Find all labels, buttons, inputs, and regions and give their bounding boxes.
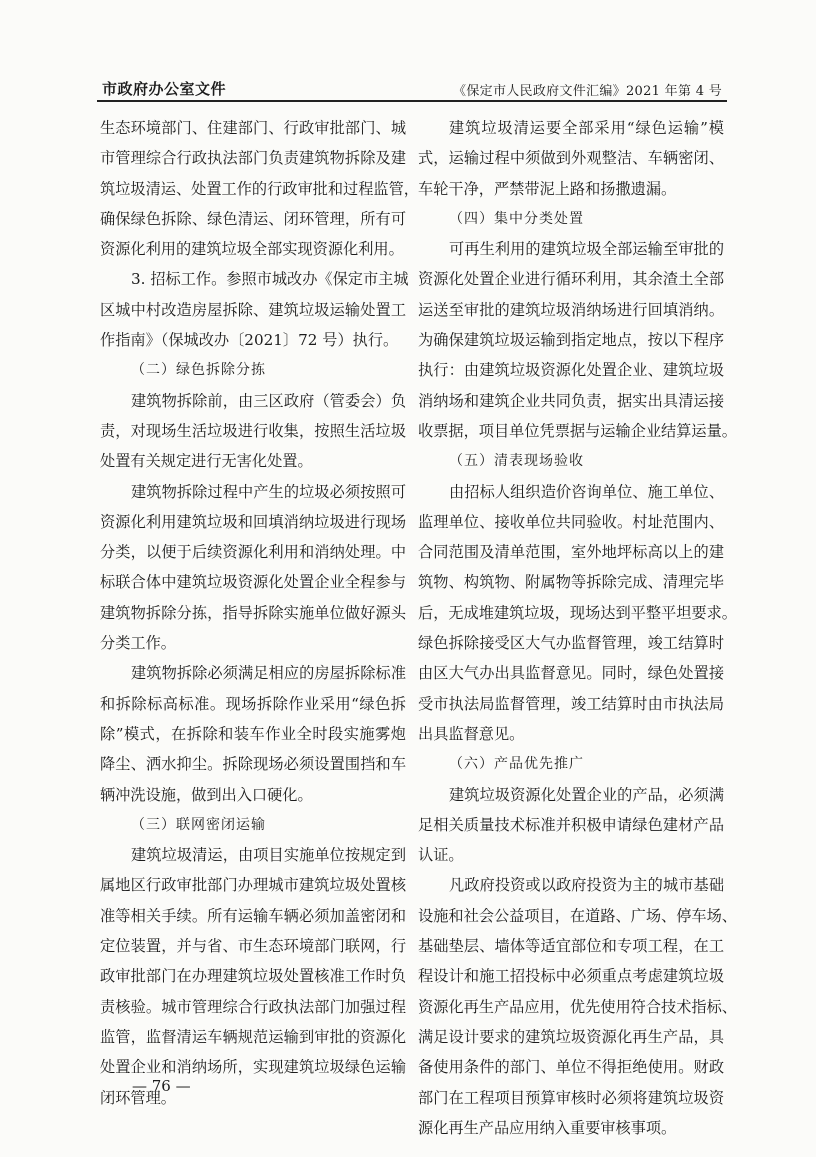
text-line: 建筑物拆除过程中产生的垃圾必须按照可 [100, 477, 406, 507]
text-line: 为确保建筑垃圾运输到指定地点，按以下程序 [418, 325, 724, 355]
text-line: 和拆除标高标准。现场拆除作业采用“绿色拆 [100, 689, 406, 719]
text-line: 凡政府投资或以政府投资为主的城市基础 [418, 870, 724, 900]
text-line: 处置有关规定进行无害化处置。 [100, 446, 406, 476]
text-line: 责核验。城市管理综合行政执法部门加强过程 [100, 992, 406, 1022]
text-line: 车轮干净，严禁带泥上路和扬撒遗漏。 [418, 174, 724, 204]
text-line: 筑物、构筑物、附属物等拆除完成、清理完毕 [418, 567, 724, 597]
header-office-title: 市政府办公室文件 [102, 78, 226, 99]
text-line: 绿色拆除接受区大气办监督管理，竣工结算时 [418, 628, 724, 658]
text-line: 作指南》（保城改办〔2021〕72 号）执行。 [100, 325, 406, 355]
text-line: 后，无成堆建筑垃圾，现场达到平整平坦要求。 [418, 598, 724, 628]
text-line: 除”模式，在拆除和装车作业全时段实施雾炮 [100, 719, 406, 749]
text-line: 资源化再生产品应用，优先使用符合技术指标、 [418, 992, 724, 1022]
section-heading: （六）产品优先推广 [418, 749, 724, 779]
text-line: 满足设计要求的建筑垃圾资源化再生产品，具 [418, 1022, 724, 1052]
text-line: 分类，以便于后续资源化利用和消纳处理。中 [100, 537, 406, 567]
right-column: 建筑垃圾清运要全部采用“绿色运输”模式，运输过程中须做到外观整洁、车辆密闭、车轮… [418, 113, 724, 1143]
text-line: 监管，监督清运车辆规范运输到审批的资源化 [100, 1022, 406, 1052]
text-line: 执行：由建筑垃圾资源化处置企业、建筑垃圾 [418, 355, 724, 385]
text-line: 资源化利用建筑垃圾和回填消纳垃圾进行现场 [100, 507, 406, 537]
text-line: 建筑物拆除分拣，指导拆除实施单位做好源头 [100, 598, 406, 628]
text-line: 定位装置，并与省、市生态环境部门联网，行 [100, 931, 406, 961]
text-line: 建筑物拆除前，由三区政府（管委会）负 [100, 386, 406, 416]
text-line: 建筑物拆除必须满足相应的房屋拆除标准 [100, 658, 406, 688]
text-line: 准等相关手续。所有运输车辆必须加盖密闭和 [100, 901, 406, 931]
text-line: 资源化处置企业进行循环利用，其余渣土全部 [418, 264, 724, 294]
running-header: 市政府办公室文件 《保定市人民政府文件汇编》2021 年第 4 号 [100, 76, 722, 98]
section-heading: （五）清表现场验收 [418, 446, 724, 476]
text-line: 式，运输过程中须做到外观整洁、车辆密闭、 [418, 143, 724, 173]
left-column: 生态环境部门、住建部门、行政审批部门、城市管理综合行政执法部门负责建筑物拆除及建… [100, 113, 406, 1113]
text-line: 属地区行政审批部门办理城市建筑垃圾处置核 [100, 870, 406, 900]
text-line: 市管理综合行政执法部门负责建筑物拆除及建 [100, 143, 406, 173]
text-line: 源化再生产品应用纳入重要审核事项。 [418, 1113, 724, 1143]
section-heading: （三）联网密闭运输 [100, 810, 406, 840]
text-line: 筑垃圾清运、处置工作的行政审批和过程监管， [100, 174, 406, 204]
header-rule [97, 100, 727, 102]
text-line: 辆冲洗设施，做到出入口硬化。 [100, 780, 406, 810]
text-line: 3. 招标工作。参照市城改办《保定市主城 [100, 264, 406, 294]
text-line: 部门在工程项目预算审核时必须将建筑垃圾资 [418, 1083, 724, 1113]
section-heading: （二）绿色拆除分拣 [100, 355, 406, 385]
text-line: 消纳场和建筑企业共同负责，据实出具清运接 [418, 386, 724, 416]
text-line: 确保绿色拆除、绿色清运、闭环管理，所有可 [100, 204, 406, 234]
text-line: 受市执法局监督管理，竣工结算时由市执法局 [418, 689, 724, 719]
text-line: 认证。 [418, 840, 724, 870]
text-line: 资源化利用的建筑垃圾全部实现资源化利用。 [100, 234, 406, 264]
text-line: 合同范围及清单范围，室外地坪标高以上的建 [418, 537, 724, 567]
text-line: 运送至审批的建筑垃圾消纳场进行回填消纳。 [418, 295, 724, 325]
text-line: 建筑垃圾清运，由项目实施单位按规定到 [100, 840, 406, 870]
text-line: 设施和社会公益项目，在道路、广场、停车场、 [418, 901, 724, 931]
text-line: 降尘、洒水抑尘。拆除现场必须设置围挡和车 [100, 749, 406, 779]
text-line: 区城中村改造房屋拆除、建筑垃圾运输处置工 [100, 295, 406, 325]
text-line: 基础垫层、墙体等适宜部位和专项工程，在工 [418, 931, 724, 961]
text-line: 政审批部门在办理建筑垃圾处置核准工作时负 [100, 961, 406, 991]
text-line: 标联合体中建筑垃圾资源化处置企业全程参与 [100, 567, 406, 597]
text-line: 出具监督意见。 [418, 719, 724, 749]
text-line: 足相关质量技术标准并积极申请绿色建材产品 [418, 810, 724, 840]
text-line: 分类工作。 [100, 628, 406, 658]
text-line: 建筑垃圾资源化处置企业的产品，必须满 [418, 780, 724, 810]
text-line: 收票据，项目单位凭票据与运输企业结算运量。 [418, 416, 724, 446]
text-line: 由招标人组织造价咨询单位、施工单位、 [418, 477, 724, 507]
header-publication-issue: 《保定市人民政府文件汇编》2021 年第 4 号 [453, 80, 722, 99]
text-line: 程设计和施工招投标中必须重点考虑建筑垃圾 [418, 961, 724, 991]
text-line: 由区大气办出具监督意见。同时，绿色处置接 [418, 658, 724, 688]
text-line: 建筑垃圾清运要全部采用“绿色运输”模 [418, 113, 724, 143]
text-line: 责，对现场生活垃圾进行收集，按照生活垃圾 [100, 416, 406, 446]
page-number: — 76 — [132, 1077, 191, 1095]
text-line: 备使用条件的部门、单位不得拒绝使用。财政 [418, 1052, 724, 1082]
text-line: 可再生利用的建筑垃圾全部运输至审批的 [418, 234, 724, 264]
section-heading: （四）集中分类处置 [418, 204, 724, 234]
text-line: 监理单位、接收单位共同验收。村址范围内、 [418, 507, 724, 537]
text-line: 生态环境部门、住建部门、行政审批部门、城 [100, 113, 406, 143]
